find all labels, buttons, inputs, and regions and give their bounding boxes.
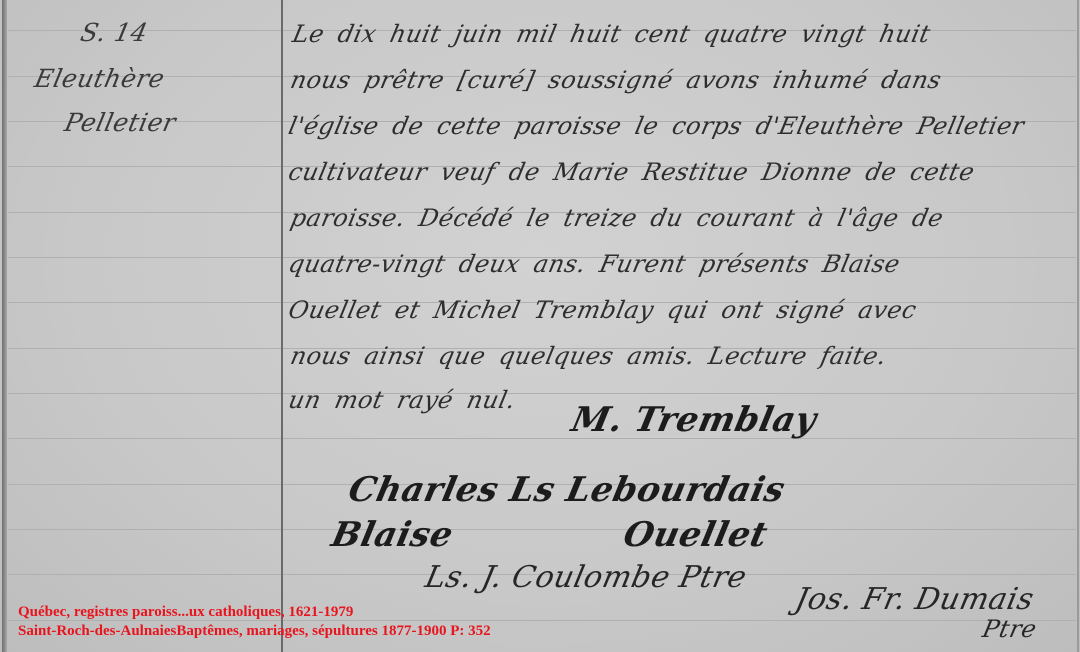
margin-surname: Pelletier [62,108,179,137]
signature-dumais: Jos. Fr. Dumais [792,582,1037,617]
signature-lebourdais: Charles Ls Lebourdais [345,470,789,510]
page-binding-edge [2,0,7,652]
record-line-1: Le dix huit juin mil huit cent quatre vi… [290,20,933,48]
signature-dumais-title: Ptre [980,615,1039,643]
signature-tremblay: M. Tremblay [568,400,820,440]
record-line-8: nous ainsi que quelques amis. Lecture fa… [288,342,889,370]
margin-entry-number: S. 14 [78,18,151,47]
record-line-2: nous prêtre [curé] soussigné avons inhum… [288,66,944,94]
signature-ouellet: Ouellet [620,515,771,555]
signature-blaise: Blaise [328,515,457,555]
ruled-line [8,529,1076,530]
record-line-9: un mot rayé nul. [286,386,518,414]
register-page: S. 14 Eleuthère Pelletier Le dix huit ju… [0,0,1080,652]
record-line-6: quatre-vingt deux ans. Furent présents B… [286,250,903,278]
page-right-edge [1077,0,1079,652]
ruled-line [8,393,1076,394]
record-line-3: l'église de cette paroisse le corps d'El… [286,112,1027,140]
record-line-4: cultivateur veuf de Marie Restitue Dionn… [286,158,977,186]
record-line-5: paroisse. Décédé le treize du courant à … [288,204,946,232]
margin-given-name: Eleuthère [32,64,168,93]
signature-coulombe: Ls. J. Coulombe Ptre [422,560,750,595]
margin-line [281,0,283,652]
caption-source: Saint-Roch-des-AulnaiesBaptêmes, mariage… [18,622,491,640]
caption-collection: Québec, registres paroiss...ux catholiqu… [18,603,353,621]
record-line-7: Ouellet et Michel Tremblay qui ont signé… [286,296,919,324]
record-line-2-text: nous prêtre [curé] soussigné avons inhum… [288,66,944,94]
ruled-line [8,438,1076,439]
